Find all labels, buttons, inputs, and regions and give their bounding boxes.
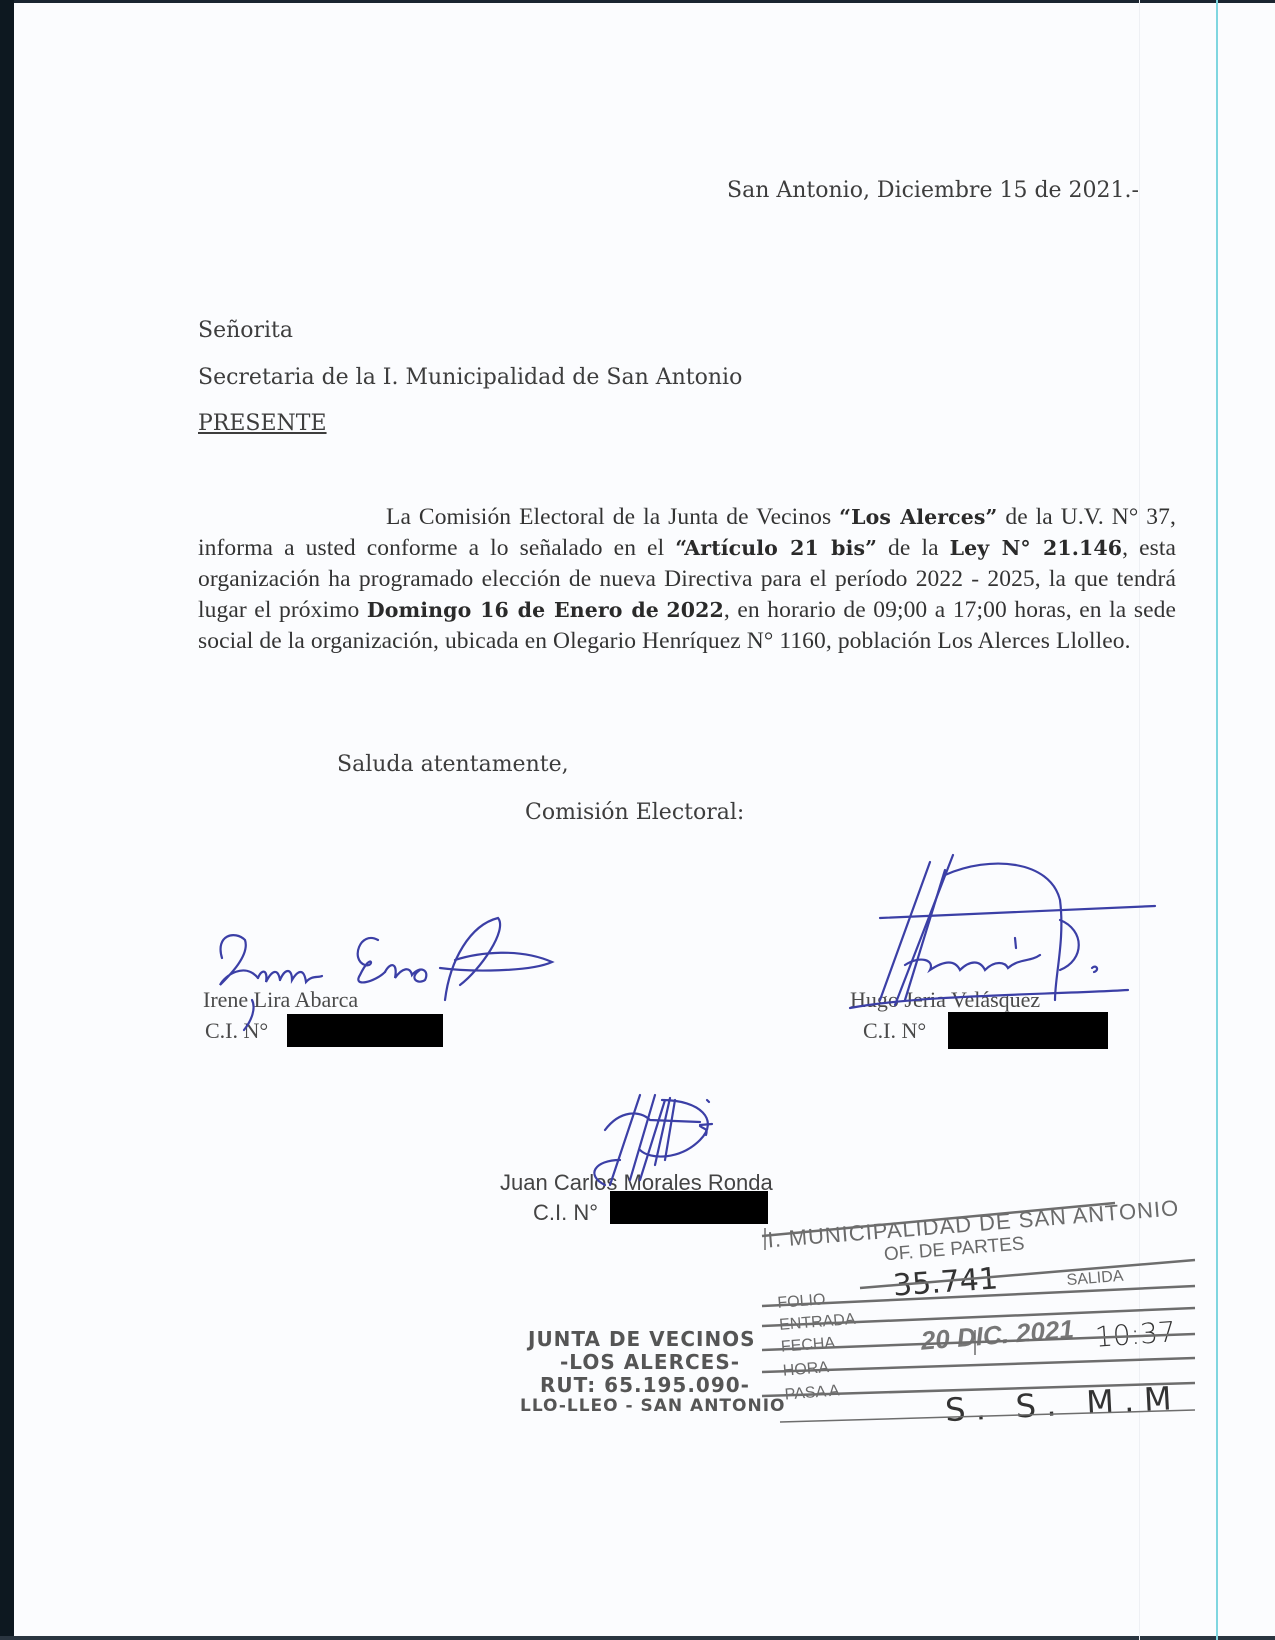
recipient: Secretaria de la I. Municipalidad de San… — [198, 365, 742, 390]
ci-label: C.I. N° — [205, 1018, 268, 1044]
body-text: de la — [877, 535, 950, 561]
ci-label: C.I. N° — [863, 1018, 926, 1044]
junta-stamp-line2: -LOS ALERCES- — [560, 1350, 740, 1374]
signatory-name: Irene Lira Abarca — [203, 987, 358, 1013]
hora-label: HORA — [782, 1359, 830, 1381]
fecha-label: FECHA — [780, 1335, 835, 1357]
pasa-label: PASA A — [784, 1382, 840, 1404]
letter-body: La Comisión Electoral de la Junta de Vec… — [198, 502, 1176, 657]
article-ref: “Artículo 21 bis” — [675, 536, 877, 560]
election-year: 2022 — [666, 598, 723, 622]
body-text: La Comisión Electoral de la Junta de Vec… — [386, 504, 839, 530]
law-ref: Ley N° 21.146 — [950, 536, 1122, 560]
scan-edge-left — [0, 0, 14, 1640]
salutation: Señorita — [198, 318, 293, 343]
signatory-name: Hugo Jeria Velásquez — [850, 987, 1040, 1013]
fecha-value: 20 DIC. 2021 — [920, 1314, 1075, 1357]
closing: Saluda atentamente, — [337, 752, 569, 777]
presente-heading: PRESENTE — [198, 411, 327, 436]
salida-label: SALIDA — [1066, 1268, 1124, 1290]
margin-line — [1216, 0, 1218, 1640]
entrada-label: ENTRADA — [779, 1311, 857, 1335]
scan-edge-top — [14, 0, 1275, 3]
hora-value: 10:37 — [1094, 1315, 1177, 1354]
ci-label: C.I. N° — [533, 1200, 598, 1226]
committee-label: Comisión Electoral: — [525, 800, 744, 825]
signature-hugo — [850, 855, 1155, 1008]
junta-stamp-rut: RUT: 65.195.090- — [540, 1373, 750, 1397]
junta-stamp-line1: JUNTA DE VECINOS — [528, 1327, 756, 1351]
folio-label: FOLIO — [777, 1291, 826, 1313]
date-line: San Antonio, Diciembre 15 de 2021.- — [727, 178, 1139, 203]
redacted-ci — [610, 1191, 768, 1224]
junta-stamp-line4: LLO-LLEO - SAN ANTONIO — [520, 1396, 786, 1416]
redacted-ci — [287, 1014, 443, 1047]
election-date: Domingo 16 de Enero de — [367, 598, 659, 622]
org-name: “Los Alerces” — [839, 505, 997, 529]
redacted-ci — [948, 1012, 1108, 1049]
folio-value: 35.741 — [892, 1261, 999, 1303]
scan-edge-bottom — [0, 1636, 1275, 1640]
